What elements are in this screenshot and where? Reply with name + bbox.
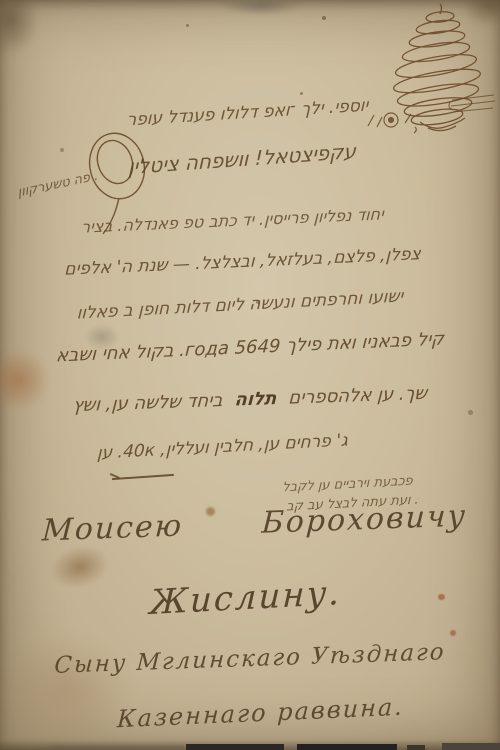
handwritten-line-hebrew-9: ג' פרחים ען, חלבין ועללין, 40к. ען (0, 425, 445, 468)
line8-left-part: ביחד שלשה ען, ושץ (72, 390, 223, 416)
fox-spot-5 (468, 410, 473, 415)
line8-right-part: שך. ען אלהספרים (288, 383, 428, 409)
recipient-surname-line: Жислину. (127, 572, 363, 624)
handwritten-line-hebrew-5: צפלן, פלצם, בעלזאל, ובצלצל. — שנת ה' אלפ… (0, 241, 485, 282)
handwritten-line-hebrew-4: יחוד נפליון פרייסין. יד כתב טפ פאנדלה. ב… (0, 201, 465, 240)
stain-top-smudge (220, 0, 302, 16)
fox-spot-4 (60, 148, 64, 152)
handwritten-line-hebrew-7: קיל פבאניו ואת פילך 5649 года. בקול אחי … (0, 326, 500, 369)
recipient-first-name: Моисею (41, 508, 184, 548)
scan-edge-segment-2 (186, 744, 284, 750)
stain-dot-3 (450, 630, 456, 636)
fox-spot-2 (186, 24, 189, 27)
price-underline (112, 474, 174, 483)
dedication-line-4: Казеннаго раввина. (78, 691, 444, 735)
scan-edge-segment-5 (442, 743, 500, 750)
manuscript-page: יוספי. ילך ־ואפ דלולו פענדל עופר עקפיצטא… (0, 0, 500, 750)
line8-bold-word: תלוה (234, 388, 277, 411)
dedication-line-3: Сыну Мглинскаго Уѣзднаго (0, 637, 500, 681)
scan-edge-segment-3 (297, 744, 397, 750)
scan-edge-segment-1 (52, 746, 184, 750)
fox-spot-6 (300, 92, 303, 95)
corner-shade-top-left (0, 0, 38, 54)
handwritten-line-hebrew-8: שך. ען אלהספרים תלוה ביחד שלשה ען, ושץ (14, 381, 485, 418)
handwritten-line-hebrew-6: ישועו וחרפתים ונעשה ליום דלות חופן ב פאל… (0, 282, 480, 327)
fox-spot-1 (322, 16, 326, 20)
scan-edge-segment-4 (407, 745, 425, 750)
stain-dot-2 (438, 594, 445, 600)
recipient-patronymic: Бороховичу (261, 499, 468, 541)
recipient-name-line: Моисею Бороховичу (41, 499, 468, 549)
scan-edge-artifact (0, 740, 500, 750)
